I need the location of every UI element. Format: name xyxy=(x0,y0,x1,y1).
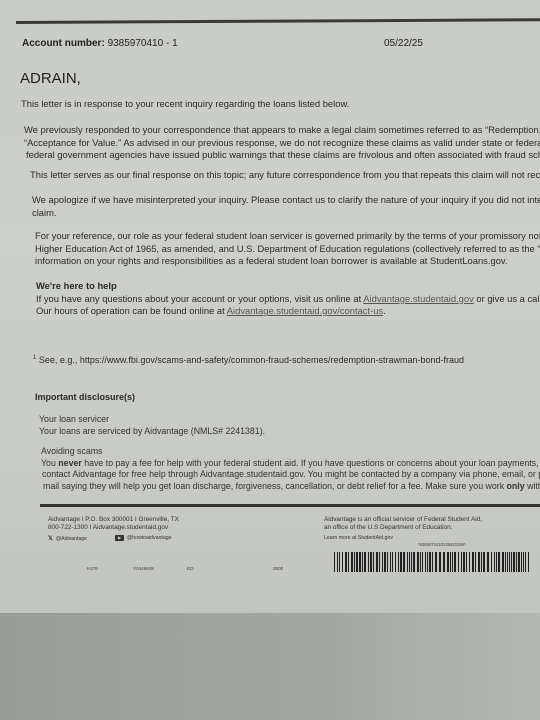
emphasis-only: only xyxy=(507,481,525,491)
help-line-2: Our hours of operation can be found onli… xyxy=(36,305,540,318)
scams-line: mail saying they will help you get loan … xyxy=(41,481,540,493)
official-line: Aidvantage is an official servicer of Fe… xyxy=(324,516,482,524)
social-x: 𝕏 @Aidvantage xyxy=(48,535,87,542)
paragraph-line: For your reference, our role as your fed… xyxy=(35,230,540,243)
servicer-title: Your loan servicer xyxy=(39,414,265,426)
paragraph-final-response: This letter serves as our final response… xyxy=(30,169,540,182)
paragraph-line: federal government agencies have issued … xyxy=(24,149,540,162)
disclosures-heading: Important disclosure(s) xyxy=(35,392,135,402)
scams-text: have to pay a fee for help with your fed… xyxy=(82,458,540,468)
x-handle: @Aidvantage xyxy=(56,536,87,542)
paragraph-reference: For your reference, our role as your fed… xyxy=(35,230,540,268)
servicer-disclosure: Your loan servicer Your loans are servic… xyxy=(39,414,265,437)
official-servicer-note: Aidvantage is an official servicer of Fe… xyxy=(324,516,482,531)
official-line: an office of the U.S Department of Educa… xyxy=(324,524,482,532)
scams-text: mail saying they will help you get loan … xyxy=(43,481,507,491)
intro-paragraph: This letter is in response to your recen… xyxy=(21,98,349,111)
account-label: Account number: xyxy=(22,38,105,49)
address-line: 800-722-1300 I Aidvantage.studentaid.gov xyxy=(48,524,179,532)
footer-rule xyxy=(40,504,540,507)
youtube-handle: @howtoaidvantage xyxy=(127,535,172,541)
emphasis-never: never xyxy=(58,458,81,468)
background-surface xyxy=(0,613,540,720)
paragraph-line: information on your rights and responsib… xyxy=(35,255,540,268)
mail-code: ED xyxy=(187,566,193,571)
address-line: Aidvantage I P.O. Box 300001 I Greenvill… xyxy=(48,516,179,524)
servicer-text: Your loans are serviced by Aidvantage (N… xyxy=(39,426,265,438)
scams-text: with the U.S. xyxy=(525,481,540,491)
help-heading: We're here to help xyxy=(36,280,540,293)
contact-us-link[interactable]: Aidvantage.studentaid.gov/contact-us xyxy=(227,305,383,316)
mail-code: K476 xyxy=(87,566,98,571)
account-number: Account number: 9385970410 - 1 xyxy=(22,38,178,49)
scams-text: contact Aidvantage for free help through… xyxy=(42,469,540,479)
help-text: If you have any questions about your acc… xyxy=(36,293,363,304)
paragraph-apology: We apologize if we have misinterpreted y… xyxy=(32,194,540,219)
barcode xyxy=(334,552,532,572)
help-line-1: If you have any questions about your acc… xyxy=(36,293,540,306)
aidvantage-website-link[interactable]: Aidvantage.studentaid.gov xyxy=(363,293,474,304)
paragraph-line: Higher Education Act of 1965, as amended… xyxy=(35,243,540,256)
footer-address: Aidvantage I P.O. Box 300001 I Greenvill… xyxy=(48,516,179,531)
account-number-value: 9385970410 - 1 xyxy=(108,38,178,49)
paragraph-line: We previously responded to your correspo… xyxy=(24,124,540,137)
scams-line: contact Aidvantage for free help through… xyxy=(41,469,540,481)
learn-more: Learn more at StudentAid.gov xyxy=(324,535,393,543)
barcode-number: *9385970410138420298* xyxy=(418,542,466,547)
top-rule xyxy=(16,18,540,24)
help-text: Our hours of operation can be found onli… xyxy=(36,305,227,316)
help-text: . xyxy=(383,305,386,316)
mail-code: 0000 xyxy=(273,566,283,571)
social-youtube: ▶ @howtoaidvantage xyxy=(115,535,172,541)
help-phone-text: or give us a call at 800-722-130 xyxy=(474,293,540,304)
letter-page: Account number: 9385970410 - 1 05/22/25 … xyxy=(0,0,540,613)
scams-title: Avoiding scams xyxy=(41,446,540,458)
footnote-text: See, e.g., https://www.fbi.gov/scams-and… xyxy=(36,355,464,365)
scams-text: You xyxy=(41,458,58,468)
paragraph-line: We apologize if we have misinterpreted y… xyxy=(32,194,540,207)
paragraph-line: “Acceptance for Value.” As advised in ou… xyxy=(24,137,540,150)
help-section: We're here to help If you have any quest… xyxy=(36,280,540,318)
scams-disclosure: Avoiding scams You never have to pay a f… xyxy=(41,446,540,492)
letter-date: 05/22/25 xyxy=(384,38,423,49)
paragraph-line: claim. xyxy=(32,207,540,220)
paragraph-redemption-claim: We previously responded to your correspo… xyxy=(24,124,540,162)
mail-code: V0449939 xyxy=(133,566,154,571)
scams-line: You never have to pay a fee for help wit… xyxy=(41,458,540,470)
greeting: ADRAIN, xyxy=(20,70,81,87)
footnote: 1 See, e.g., https://www.fbi.gov/scams-a… xyxy=(33,355,464,365)
x-logo-icon: 𝕏 xyxy=(48,535,53,542)
youtube-logo-icon: ▶ xyxy=(115,535,124,541)
